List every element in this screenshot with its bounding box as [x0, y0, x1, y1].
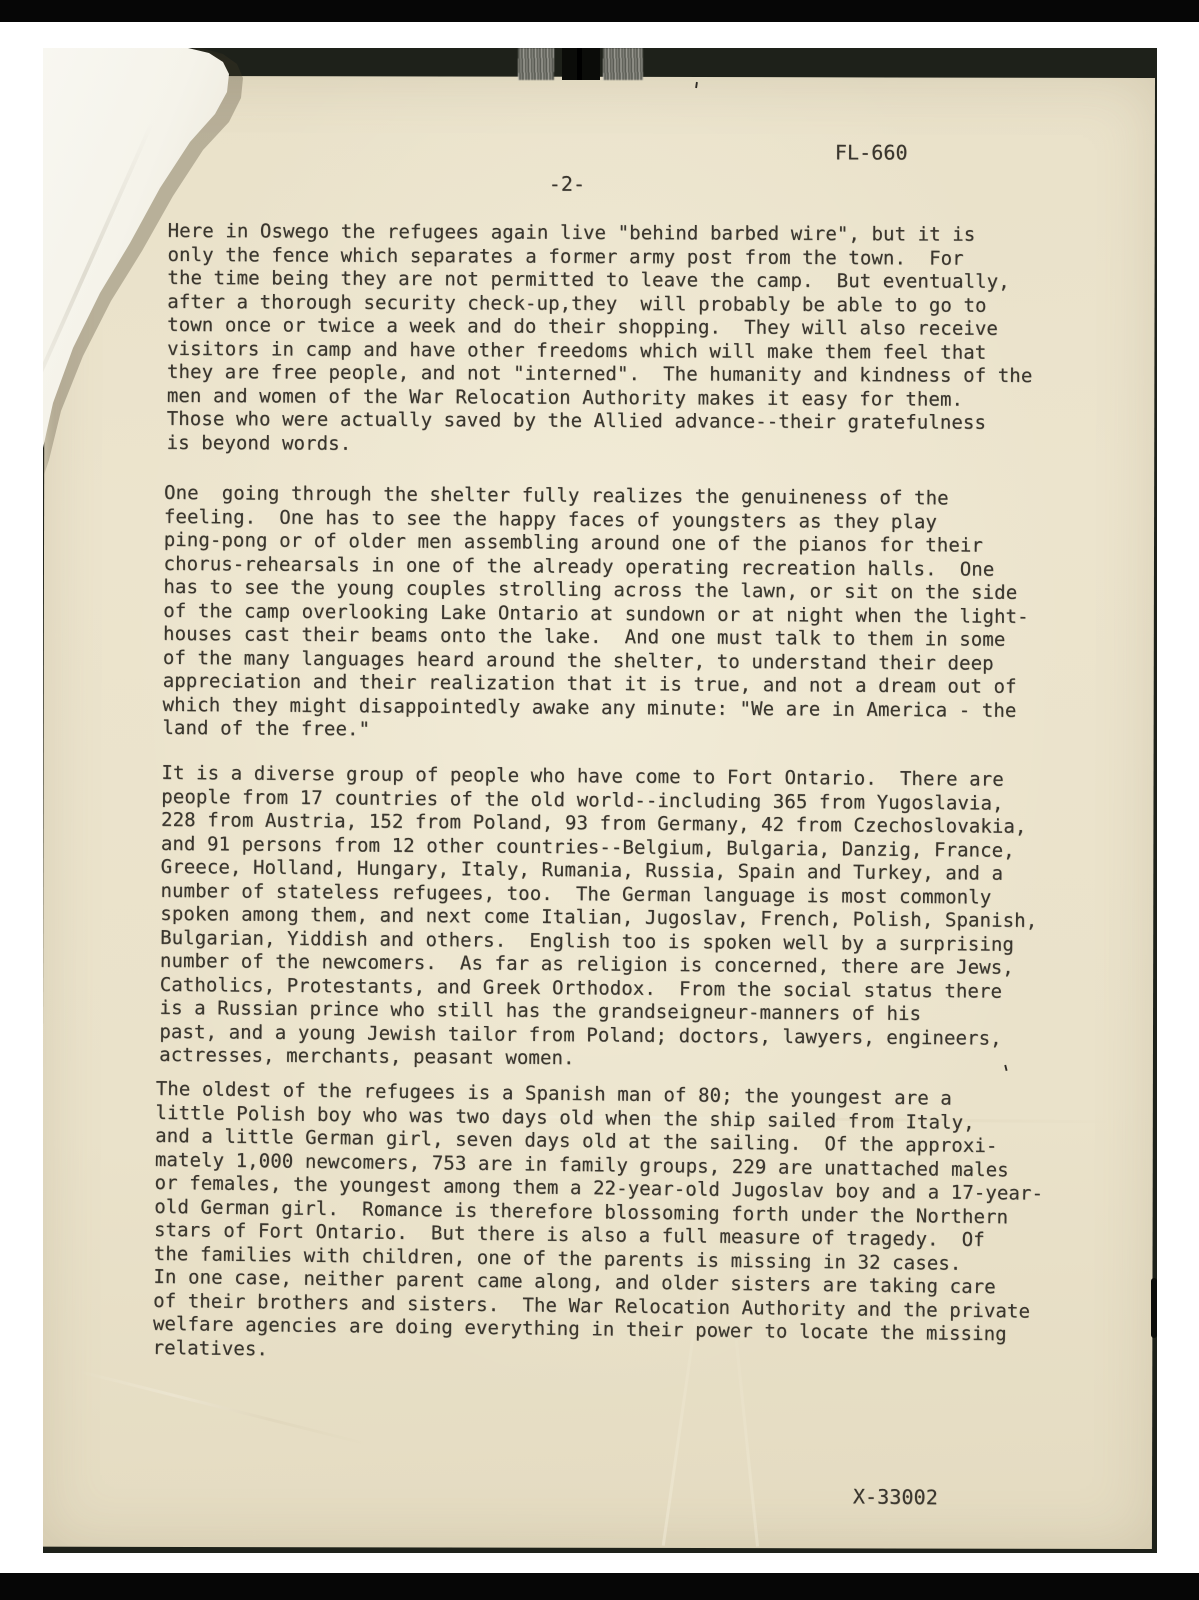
document-reference-number: FL-660 [835, 141, 908, 165]
stray-ink-mark: ' [687, 78, 704, 105]
binding-tape-left [518, 48, 554, 80]
paragraph-2: One going through the shelter fully real… [162, 482, 1029, 747]
typed-line: town once or twice a week and do their s… [167, 314, 1033, 342]
paragraph-3: It is a diverse group of people who have… [159, 762, 1038, 1075]
bottom-black-bar [0, 1573, 1199, 1600]
paragraph-4: The oldest of the refugees is a Spanish … [152, 1078, 1044, 1371]
binding-tape-right [603, 48, 643, 80]
archive-id: X-33002 [853, 1485, 938, 1509]
binding-spine-gap [577, 48, 582, 80]
paragraph-1: Here in Oswego the refugees again live "… [167, 220, 1034, 459]
page-number: -2- [549, 173, 585, 197]
top-black-bar [0, 0, 1199, 22]
typed-line: the time being they are not permitted to… [167, 267, 1033, 295]
scan-area: FL-660 -2- Here in Oswego the refugees a… [43, 48, 1157, 1553]
scan-edge-artifact [1151, 1278, 1157, 1338]
paper-crease [76, 1370, 368, 1446]
typed-line: Those who were actually saved by the All… [167, 408, 1033, 436]
typed-line: Here in Oswego the refugees again live "… [168, 220, 1034, 248]
paper-sheet: FL-660 -2- Here in Oswego the refugees a… [43, 76, 1155, 1549]
typed-line: they are free people, and not "interned"… [167, 361, 1033, 389]
typed-line: is beyond words. [167, 431, 1033, 459]
